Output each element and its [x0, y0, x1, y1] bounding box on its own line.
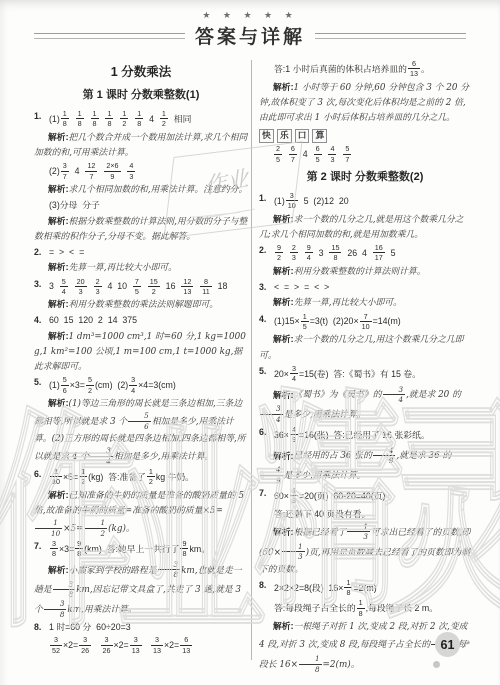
- explanation: 解析:已知准备的牛奶的质量是准备的酸奶质量的 5 倍,故准备的牛奶的质量=准备的…: [34, 488, 248, 538]
- fraction: 98: [75, 539, 83, 559]
- answer-item: 1.(1)18 18 18 18 12 18 4 12 相同: [34, 109, 248, 129]
- item-number: 3.: [259, 280, 266, 294]
- fraction: 18: [76, 109, 84, 129]
- page-title: 答案与详解: [195, 22, 305, 49]
- fraction: 38: [50, 539, 58, 559]
- fraction: 38: [44, 599, 67, 619]
- fraction: 57: [343, 144, 351, 164]
- explanation-text: 先算一算,再比较大小即可。: [69, 263, 177, 273]
- fraction: 38: [53, 580, 76, 600]
- fraction: 23: [290, 243, 298, 263]
- explanation-label: 解析:: [48, 565, 69, 575]
- item-content: (1)56×3=52(cm) (2)34×4=3(cm): [49, 380, 176, 390]
- answer-item: 6.36×49=16(张) 答:已经用了 16 张彩纸。: [259, 425, 471, 445]
- explanation: 解析:求几个相同加数的和,用乘法计算。注意约分。: [34, 182, 248, 197]
- fraction: 127: [85, 161, 97, 181]
- fraction: 75: [133, 277, 141, 297]
- fraction: 310: [286, 191, 298, 211]
- explanation-label: 解析:: [48, 398, 69, 408]
- section-heading: 1 分数乘法: [34, 62, 248, 82]
- explanation: 解析:根据分数乘整数的计算法则,用分数的分子与整数相乘的积作分子,分母不变。据此…: [34, 214, 248, 245]
- column-divider: [251, 60, 252, 660]
- fraction: 2×69: [104, 161, 120, 181]
- fraction: 37: [61, 161, 69, 181]
- item-number: 2.: [34, 245, 41, 259]
- answer-line: 答:还剩下 40 页没有看。: [259, 507, 471, 521]
- item-content: 92 23 94 3 158 26 4 1617 5: [274, 248, 396, 258]
- lesson-heading: 第 2 课时 分数乘整数(2): [259, 169, 471, 187]
- line-content: 答:1 小时后真菌的体积占培养皿的613。: [274, 64, 430, 74]
- explanation: 解析:已经用的占 36 张的49,就是求 36 的49是多少,用乘法计算。: [259, 446, 471, 485]
- answer-item: 3.3 54 203 23 4 10 75 152 16 1213 811 18: [34, 277, 248, 297]
- item-content: 60×13=20(页) 60-20=40(页): [274, 491, 385, 501]
- happy-mental-math-title: 快乐口算: [259, 128, 471, 143]
- fraction: 710: [360, 312, 372, 332]
- explanation-label: 解析:: [273, 389, 294, 399]
- fraction: 34: [260, 404, 283, 424]
- title-row: 答案与详解: [0, 22, 500, 49]
- item-content: = > < =: [49, 247, 84, 257]
- answer-item: 6.110×5=12(kg) 答:准备了12kg 牛奶。: [34, 467, 248, 487]
- explanation-label: 解析:: [48, 132, 69, 142]
- fraction: 49: [260, 465, 283, 485]
- item-content: < = > = < >: [274, 282, 329, 292]
- explanation: 解析:利用分数乘整数的乘法法则解题即可。: [34, 297, 248, 312]
- fraction: 34: [290, 364, 298, 384]
- answer-book-page: ★ ★ ★ ★ ★ 答案与详解 1 分数乘法第 1 课时 分数乘整数(1)1.(…: [0, 0, 500, 685]
- explanation-label: 解析:: [48, 331, 69, 341]
- fraction: 313: [151, 635, 163, 655]
- answer-item: 2.92 23 94 3 158 26 4 1617 5: [259, 243, 471, 263]
- answer-line: (3)分母 分子: [34, 198, 248, 212]
- explanation: 解析:1 小时等于 60 分钟,60 分钟包含 3 个 20 分钟,故体积变了 …: [259, 80, 471, 126]
- fraction: 158: [329, 243, 341, 263]
- fraction: 94: [305, 243, 313, 263]
- fraction: 613: [408, 59, 420, 79]
- page-number-area: 61 *: [430, 630, 490, 675]
- answer-item: 3.< = > = < >: [259, 280, 471, 294]
- page-number-dot-icon: [433, 661, 440, 668]
- explanation: 解析:先算一算,再比较大小即可。: [259, 295, 471, 310]
- fraction: 25: [274, 144, 282, 164]
- explanation-label: 解析:: [48, 184, 69, 194]
- item-content: 110×5=12(kg) 答:准备了12kg 牛奶。: [49, 472, 194, 482]
- item-content: 36×49=16(张) 答:已经用了 16 张彩纸。: [274, 430, 430, 440]
- happy-mental-math: 快乐口算25 67 4 65 43 57: [259, 128, 471, 164]
- fraction: 811: [200, 277, 211, 297]
- fraction: 18: [357, 598, 365, 618]
- item-number: 5.: [259, 364, 266, 378]
- fraction: 1213: [181, 277, 193, 297]
- page-number-badge: 61: [435, 632, 460, 657]
- fraction: 92: [275, 243, 283, 263]
- explanation: 解析:(1)等边三角形的周长就是三条边相加,三条边都相等,所以就是求 3 个56…: [34, 396, 248, 466]
- item-number: 4.: [259, 312, 266, 326]
- title-tile: 口: [295, 129, 310, 143]
- item-number: 8.: [34, 620, 41, 634]
- item-content: 2×2×2=8(段) 16×18=2(m): [274, 583, 377, 593]
- lesson-heading: 第 1 课时 分数乘整数(1): [34, 87, 248, 105]
- item-number: 7.: [259, 486, 266, 500]
- page-number-asterisk-icon: *: [466, 639, 470, 651]
- decorative-double-line-left: [34, 33, 185, 39]
- item-content: (1)18 18 18 18 12 18 4 12 相同: [49, 114, 191, 124]
- title-tile: 乐: [277, 129, 292, 143]
- decorative-double-line-right: [315, 33, 466, 39]
- answer-item: 7.38×3=98(km) 答:她早上一共行了98km。: [34, 539, 248, 559]
- item-content: 20×34=15(卷) 答:《蜀书》有 15 卷。: [274, 369, 421, 379]
- calculation-line: 352×2=326 326×2=313 313×2=613: [34, 635, 248, 655]
- fraction: 49: [373, 446, 396, 466]
- explanation-label: 解析:: [48, 216, 69, 226]
- fraction: 13: [347, 522, 370, 542]
- explanation-label: 解析:: [273, 214, 294, 224]
- answer-item: 5.20×34=15(卷) 答:《蜀书》有 15 卷。: [259, 364, 471, 384]
- fraction: 203: [75, 277, 87, 297]
- item-number: 6.: [34, 467, 41, 481]
- explanation-label: 解析:: [48, 490, 69, 500]
- fraction: 1617: [373, 243, 385, 263]
- explanation-text: (1)等边三角形的周长就是三条边相加,三条边都相等,所以就是求 3 个56相加是…: [34, 399, 246, 462]
- fraction: 352: [50, 635, 62, 655]
- line-content: (3)分母 分子: [49, 200, 100, 210]
- line-content: (2)37 4 127 2×69 43: [49, 166, 136, 176]
- item-number: 8.: [259, 578, 266, 592]
- answer-item: 8.2×2×2=8(段) 16×18=2(m): [259, 578, 471, 598]
- fraction: 18: [105, 109, 113, 129]
- line-content: 25 67 4 65 43 57: [273, 149, 352, 159]
- explanation: 解析:根据已经看了13可求出已经看了的页数,即(60×13)页,再用总页数减去已…: [259, 522, 471, 577]
- explanation: 解析:利用分数乘整数的计算法则计算。: [259, 264, 471, 279]
- answer-item: 4.60 15 120 2 14 375: [34, 313, 248, 327]
- line-content: 352×2=326 326×2=313 313×2=613: [49, 640, 193, 650]
- fraction: 12: [85, 518, 108, 538]
- fraction: 12: [147, 467, 155, 487]
- explanation-text: 先算一算,再比较大小即可。: [294, 298, 402, 308]
- explanation-label: 解析:: [273, 266, 294, 276]
- item-number: 5.: [34, 375, 41, 389]
- fraction: 18: [299, 654, 322, 674]
- answer-item: 8.1 时=60 分 60÷20=3: [34, 620, 248, 634]
- explanation-text: 利用分数乘整数的乘法法则解题即可。: [69, 300, 219, 310]
- item-content: 1 时=60 分 60÷20=3: [49, 622, 131, 632]
- answer-item: 4.(1)15×15=3(t) (2)20×710=14(m): [259, 312, 471, 332]
- fraction: 326: [79, 635, 91, 655]
- fraction: 12: [160, 109, 168, 129]
- fraction: 12: [79, 467, 87, 487]
- explanation: 解析:求一个数的几分之几,用这个数乘几分之几即可。: [259, 332, 471, 363]
- fraction: 110: [50, 467, 62, 487]
- explanation-label: 解析:: [48, 262, 69, 272]
- item-number: 2.: [259, 243, 266, 257]
- right-column: 答:1 小时后真菌的体积占培养皿的613。解析:1 小时等于 60 分钟,60 …: [259, 58, 471, 678]
- item-number: 6.: [259, 425, 266, 439]
- fraction: 12: [120, 109, 128, 129]
- explanation: 解析:把几个数合并成一个数用加法计算,求几个相同加数的和,可用乘法计算。: [34, 130, 248, 161]
- answer-item: 2.= > < =: [34, 245, 248, 259]
- item-number: 3.: [34, 277, 41, 291]
- answer-item: 5.(1)56×3=52(cm) (2)34×4=3(cm): [34, 375, 248, 395]
- fraction: 56: [61, 375, 69, 395]
- item-number: 7.: [34, 539, 41, 553]
- fraction: 67: [289, 144, 297, 164]
- item-number: 1.: [259, 191, 266, 205]
- fraction: 54: [60, 277, 68, 297]
- answer-item: 1.(1)310 5 (2)12 20: [259, 191, 471, 211]
- answer-line: 答:1 小时后真菌的体积占培养皿的613。: [259, 59, 471, 79]
- explanation: 解析:《蜀书》为《吴书》的34,就是求 20 的34是多少,用乘法计算。: [259, 385, 471, 424]
- page-header: ★ ★ ★ ★ ★ 答案与详解: [0, 10, 500, 49]
- explanation-label: 解析:: [273, 297, 294, 307]
- item-content: 60 15 120 2 14 375: [49, 315, 137, 325]
- fraction: 18: [61, 109, 69, 129]
- title-tile: 快: [259, 129, 274, 143]
- fraction: 98: [180, 539, 188, 559]
- answer-line: 答:每段绳子占全长的18,每段绳子长 2 m。: [259, 598, 471, 618]
- fraction: 613: [180, 635, 192, 655]
- fraction: 38: [158, 560, 181, 580]
- title-tile: 算: [312, 129, 327, 143]
- item-number: 1.: [34, 109, 41, 123]
- fraction: 34: [90, 446, 113, 466]
- fraction: 65: [314, 144, 322, 164]
- star-row-icon: ★ ★ ★ ★ ★: [0, 10, 500, 21]
- item-content: (1)310 5 (2)12 20: [274, 196, 349, 206]
- left-column: 1 分数乘法第 1 课时 分数乘整数(1)1.(1)18 18 18 18 12…: [34, 58, 248, 678]
- fraction: 52: [86, 375, 94, 395]
- fraction: 326: [101, 635, 113, 655]
- explanation: 解析:小霞家到学校的路程是38km,也就是走一趟是38km,因忘记带文具盒了,共…: [34, 560, 248, 619]
- fraction: 110: [35, 518, 62, 538]
- explanation-label: 解析:: [273, 527, 294, 537]
- fraction: 13: [290, 486, 298, 506]
- fraction: 34: [129, 375, 137, 395]
- fraction: 34: [383, 385, 406, 405]
- explanation-label: 解析:: [48, 299, 69, 309]
- line-content: 答:每段绳子占全长的18,每段绳子长 2 m。: [274, 603, 438, 613]
- explanation: 解析:求一个数的几分之几,就是用这个数乘几分之几;求几个相同加数的和,就是用加数…: [259, 212, 471, 243]
- fraction: 18: [91, 109, 99, 129]
- item-content: 3 54 203 23 4 10 75 152 16 1213 811 18: [49, 281, 227, 291]
- explanation-label: 解析:: [273, 334, 294, 344]
- fraction: 15: [301, 312, 309, 332]
- fraction: 49: [290, 425, 298, 445]
- fraction: 43: [127, 161, 135, 181]
- happy-mental-math-answers: 25 67 4 65 43 57: [259, 144, 471, 164]
- item-content: (1)15×15=3(t) (2)20×710=14(m): [274, 316, 401, 326]
- fraction: 152: [148, 277, 160, 297]
- fraction: 56: [128, 411, 151, 431]
- fraction: 18: [135, 109, 143, 129]
- answer-item: 7.60×13=20(页) 60-20=40(页): [259, 486, 471, 506]
- fraction: 13: [282, 542, 305, 562]
- explanation-label: 解析:: [273, 82, 294, 92]
- answer-line: (2)37 4 127 2×69 43: [34, 161, 248, 181]
- fraction: 313: [130, 635, 142, 655]
- explanation: 解析:先算一算,再比较大小即可。: [34, 260, 248, 275]
- item-content: 38×3=98(km) 答:她早上一共行了98km。: [49, 544, 210, 554]
- explanation-text: 求几个相同加数的和,用乘法计算。注意约分。: [69, 185, 248, 195]
- explanation-label: 解析:: [273, 450, 294, 460]
- explanation-label: 解析:: [273, 621, 294, 631]
- fraction: 43: [328, 144, 336, 164]
- fraction: 18: [344, 578, 352, 598]
- fraction: 23: [94, 277, 102, 297]
- explanation-text: 利用分数乘整数的计算法则计算。: [294, 267, 426, 277]
- line-content: 答:还剩下 40 页没有看。: [274, 509, 370, 519]
- explanation: 解析:1 dm³=1000 cm³,1 时=60 分,1 kg=1000 g,1…: [34, 329, 248, 375]
- item-number: 4.: [34, 313, 41, 327]
